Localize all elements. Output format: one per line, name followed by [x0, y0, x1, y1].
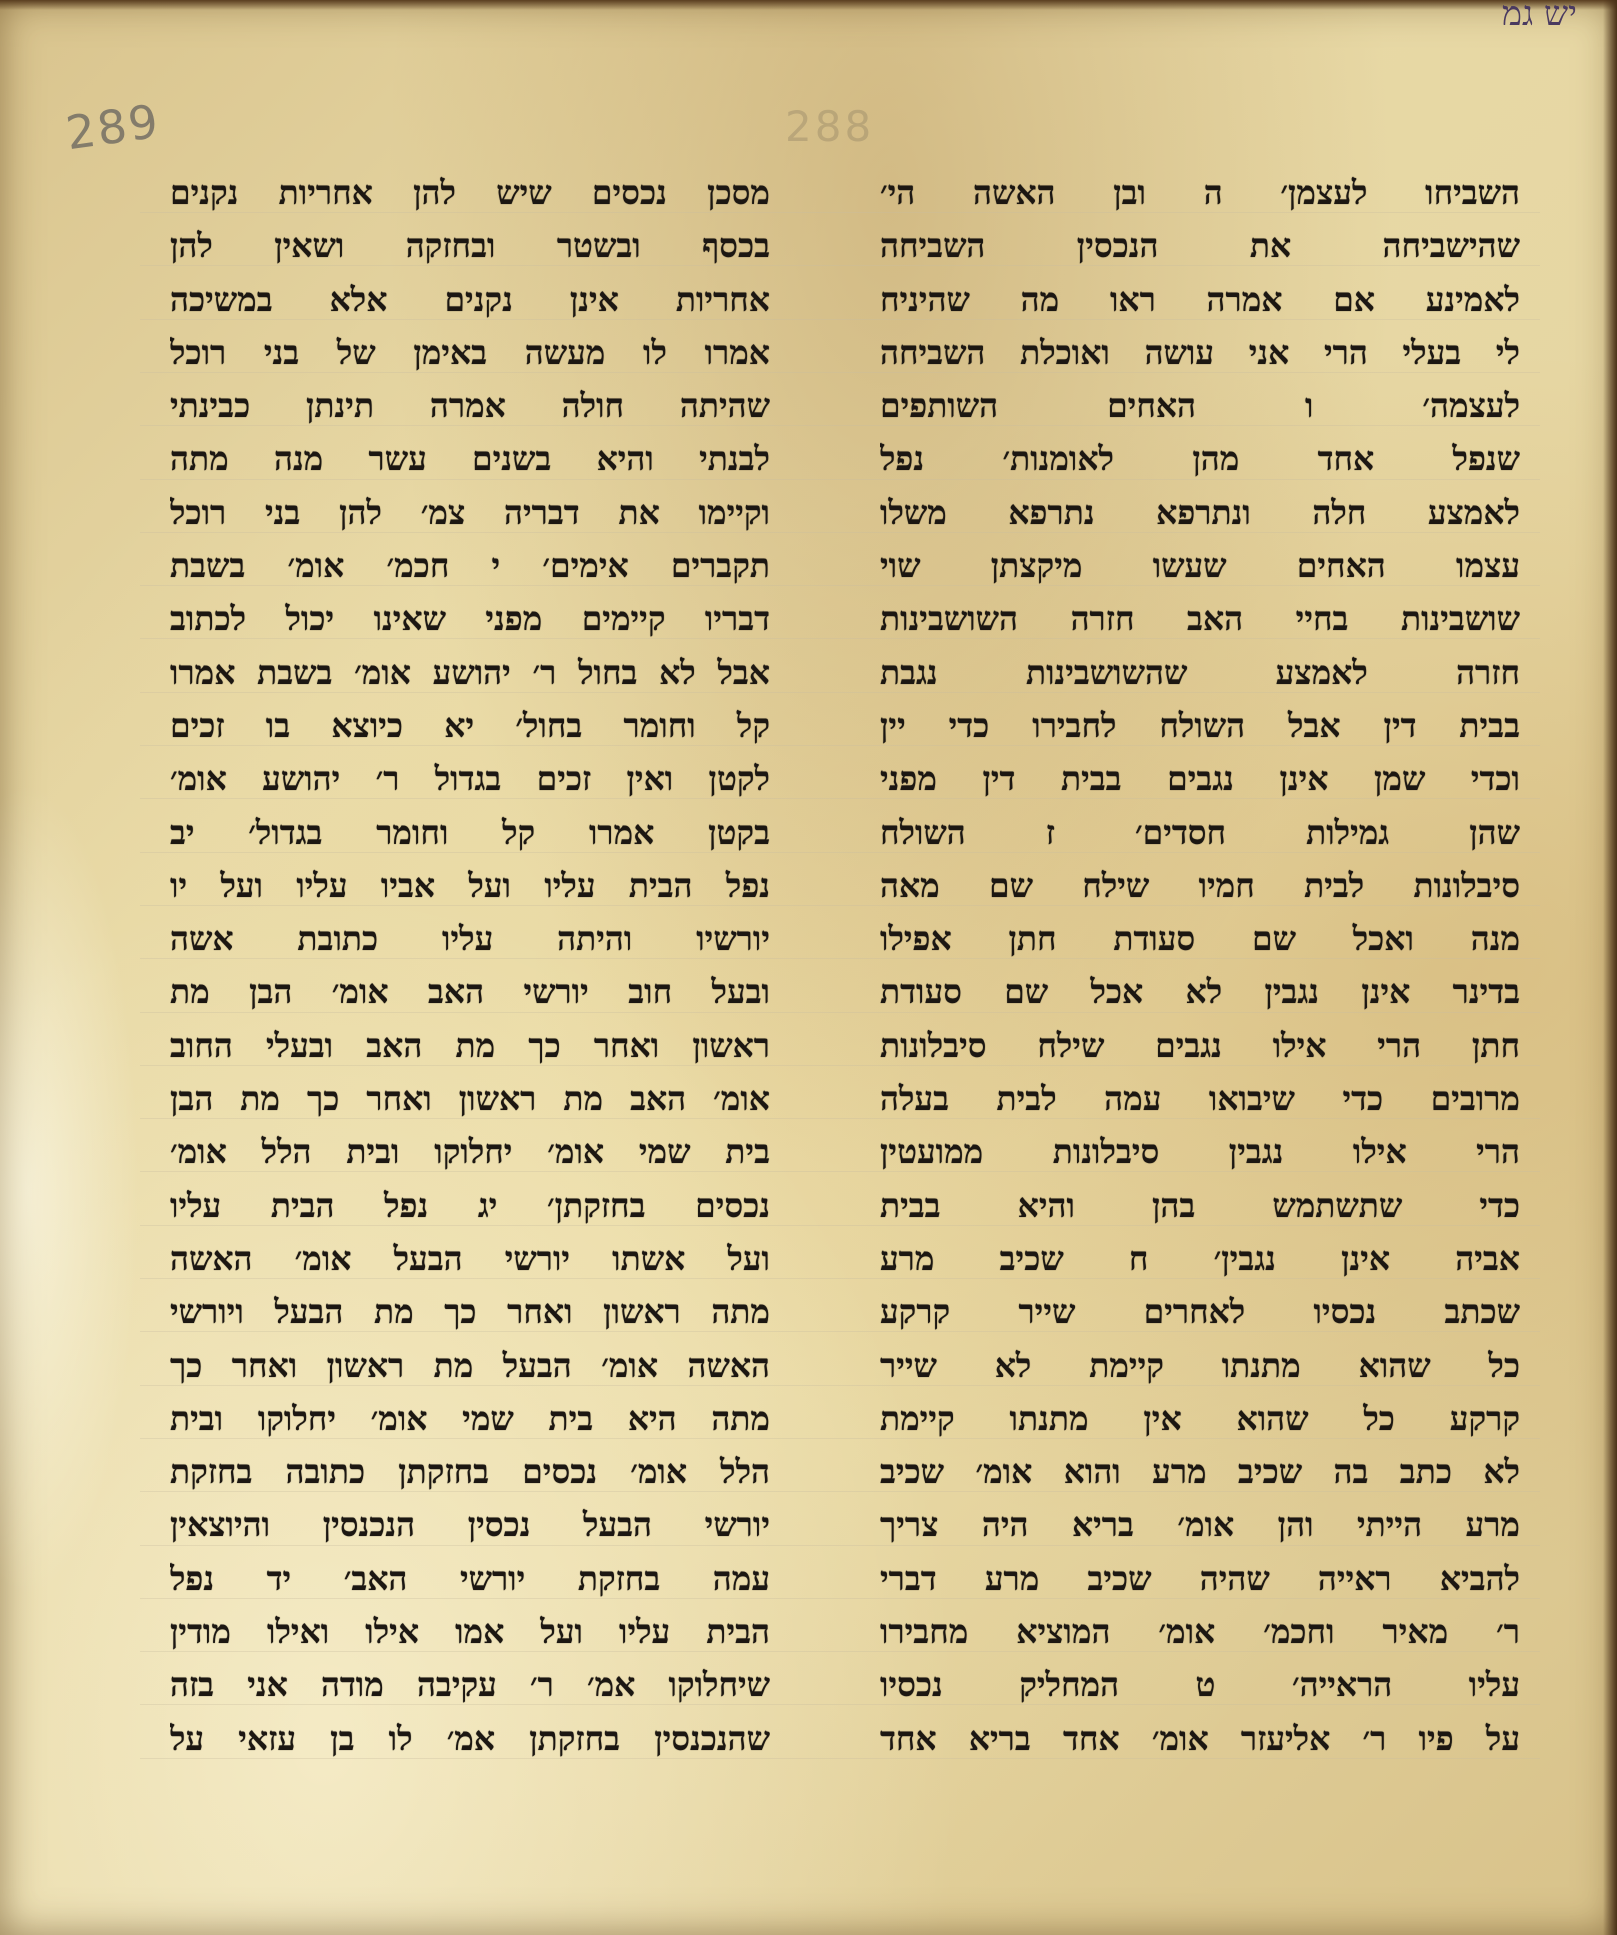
ruling-line [140, 1012, 1540, 1013]
ruling-line [140, 1225, 1540, 1226]
ruling-line [140, 1651, 1540, 1652]
ruling-line [140, 265, 1540, 266]
ruling-line [140, 852, 1540, 853]
page-right-edge [1603, 0, 1617, 1935]
ruling-line [140, 958, 1540, 959]
ruling-line [140, 532, 1540, 533]
ruling-line [140, 1491, 1540, 1492]
ruling-line [140, 1545, 1540, 1546]
ruling-line [140, 1438, 1540, 1439]
parchment-fold [0, 780, 140, 1600]
ruling-line [140, 1704, 1540, 1705]
ruling-line [140, 479, 1540, 480]
ruling-line [140, 372, 1540, 373]
ruling-line [140, 692, 1540, 693]
ruling-line [140, 1171, 1540, 1172]
ruling-line [140, 1385, 1540, 1386]
right-text-column: השביחו לעצמן׳ ה ובן האשה הי׳שהישביחה את … [880, 166, 1520, 1765]
left-text-column: מסכן נכסים שיש להן אחריות נקניםבכסף ובשט… [170, 166, 770, 1765]
faded-folio-number: 288 [785, 102, 874, 151]
ruling-line [140, 798, 1540, 799]
page-top-edge [0, 0, 1617, 10]
ruling-line [140, 1065, 1540, 1066]
ruling-line [140, 1758, 1540, 1759]
corner-annotation: יש גמ [1502, 0, 1577, 34]
folio-number: 289 [63, 94, 163, 161]
ruling-line [140, 425, 1540, 426]
ruling-line [140, 638, 1540, 639]
manuscript-page: 289 288 יש גמ השביחו לעצמן׳ ה ובן האשה ה… [0, 0, 1617, 1935]
ruling-line [140, 745, 1540, 746]
ruling-line [140, 1331, 1540, 1332]
ruling-line [140, 585, 1540, 586]
ruling-line [140, 1118, 1540, 1119]
ruling-line [140, 319, 1540, 320]
ruling-line [140, 905, 1540, 906]
ruling-line [140, 212, 1540, 213]
ruling-line [140, 1598, 1540, 1599]
ruling-line [140, 1278, 1540, 1279]
